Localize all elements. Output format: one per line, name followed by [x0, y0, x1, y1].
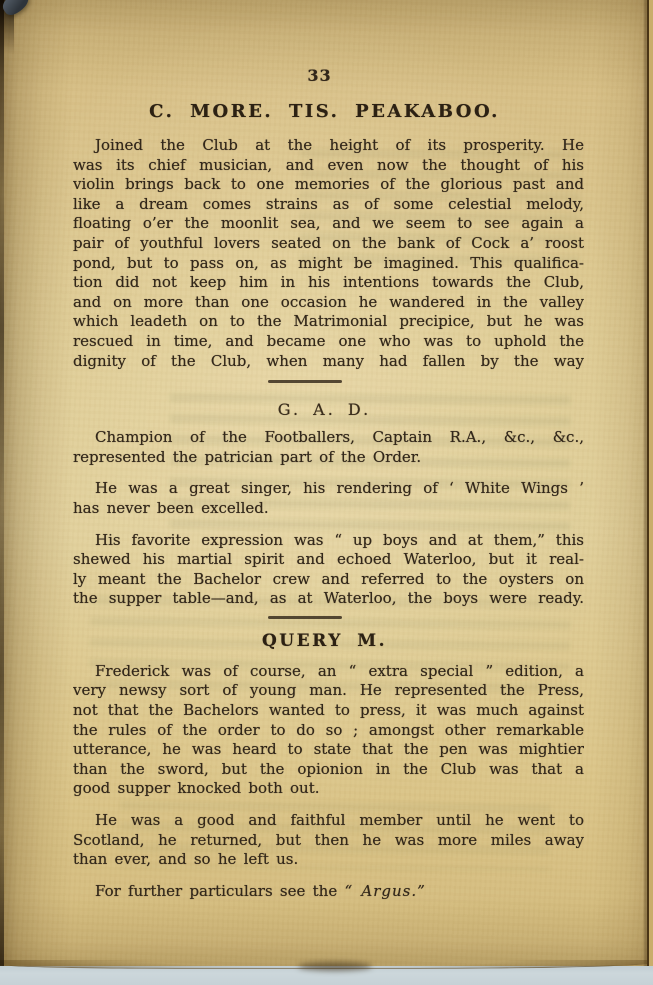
text-line: pond, but to pass on, as might be imagin… — [73, 254, 584, 274]
text-line: very newsy sort of young man. He represe… — [73, 681, 584, 701]
page-sections: C. MORE. TIS. PEAKABOO.Joined the Club a… — [73, 102, 584, 901]
text-line: was its chief musician, and even now the… — [73, 156, 584, 176]
page-right-edge — [643, 0, 653, 966]
paragraph: His favorite expression was “ up boys an… — [73, 531, 584, 609]
text-line: He was a good and faithful member until … — [73, 811, 584, 831]
paragraph: Frederick was of course, an “ extra spec… — [73, 662, 584, 799]
text-line: Scotland, he returned, but then he was m… — [73, 831, 584, 851]
text-line: good supper knocked both out. — [73, 779, 584, 799]
text-line: the supper table—and, as at Waterloo, th… — [73, 589, 584, 609]
text-run: For further particulars see the — [95, 882, 344, 900]
text-line: Frederick was of course, an “ extra spec… — [73, 662, 584, 682]
text-line: which leadeth on to the Matrimonial prec… — [73, 312, 584, 332]
section-heading-gad: G. A. D. — [69, 400, 580, 420]
text-line: utterance, he was heard to state that th… — [73, 740, 584, 760]
text-line: Champion of the Footballers, Captain R.A… — [73, 428, 584, 448]
text-line: than ever, and so he left us. — [73, 850, 584, 870]
text-line: like a dream comes strains as of some ce… — [73, 195, 584, 215]
text-line: dignity of the Club, when many had falle… — [73, 352, 584, 372]
page-left-edge — [0, 0, 4, 966]
text-line: pair of youthful lovers seated on the ba… — [73, 234, 584, 254]
text-line: For further particulars see the “ Argus.… — [73, 882, 584, 902]
paragraph: Joined the Club at the height of its pro… — [73, 136, 584, 371]
text-line: not that the Bachelors wanted to press, … — [73, 701, 584, 721]
book-page-scan: 33 C. MORE. TIS. PEAKABOO.Joined the Clu… — [0, 0, 653, 985]
text-line: than the sword, but the opionion in the … — [73, 760, 584, 780]
text-line: He was a great singer, his rendering of … — [73, 479, 584, 499]
paragraph: He was a good and faithful member until … — [73, 811, 584, 870]
text-line: floating o’er the moonlit sea, and we se… — [73, 214, 584, 234]
section-heading-peakaboo: C. MORE. TIS. PEAKABOO. — [69, 102, 580, 126]
text-line: ly meant the Bachelor crew and referred … — [73, 570, 584, 590]
section-heading-querym: QUERY M. — [69, 632, 580, 654]
paragraph: Champion of the Footballers, Captain R.A… — [73, 428, 584, 467]
text-line: His favorite expression was “ up boys an… — [73, 531, 584, 551]
page-text-block: 33 C. MORE. TIS. PEAKABOO.Joined the Clu… — [73, 66, 584, 901]
text-line: represented the patrician part of the Or… — [73, 448, 584, 468]
section-divider — [268, 380, 342, 383]
text-line: violin brings back to one memories of th… — [73, 175, 584, 195]
text-line: shewed his martial spirit and echoed Wat… — [73, 550, 584, 570]
section-divider — [268, 616, 342, 619]
text-line: has never been excelled. — [73, 499, 584, 519]
paragraph: For further particulars see the “ Argus.… — [73, 882, 584, 902]
paragraph: He was a great singer, his rendering of … — [73, 479, 584, 518]
text-line: rescued in time, and became one who was … — [73, 332, 584, 352]
text-line: tion did not keep him in his intentions … — [73, 273, 584, 293]
italic-text-run: “ Argus.” — [344, 882, 425, 900]
text-line: and on more than one occasion he wandere… — [73, 293, 584, 313]
text-line: Joined the Club at the height of its pro… — [73, 136, 584, 156]
text-line: the rules of the order to do so ; amongs… — [73, 721, 584, 741]
bottom-edge-smudge — [298, 962, 372, 971]
page-number: 33 — [64, 66, 575, 86]
